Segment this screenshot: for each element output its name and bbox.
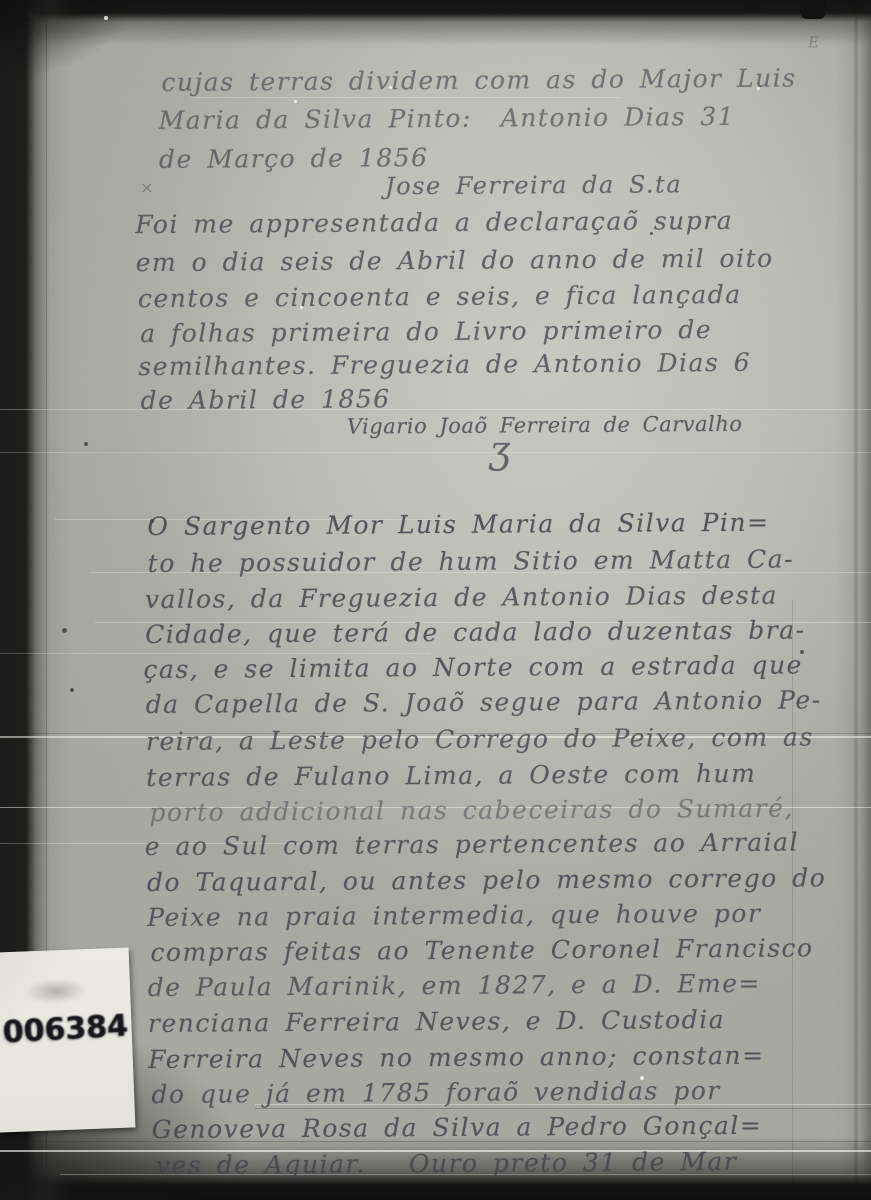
- manuscript-line: Peixe na praia intermedia, que houve por: [147, 899, 761, 932]
- manuscript-line: em o dia seis de Abril do anno de mil oi…: [136, 244, 774, 277]
- manuscript-line: e ao Sul com terras pertencentes ao Arra…: [145, 827, 799, 861]
- manuscript-line: Foi me appresentada a declaraçaõ supra: [135, 206, 733, 239]
- manuscript-line: centos e cincoenta e seis, e fica lançad…: [138, 280, 742, 313]
- margin-mark: ʒ: [489, 427, 511, 471]
- manuscript-line: vallos, da Freguezia de Antonio Dias des…: [145, 581, 778, 614]
- manuscript-line: ças, e se limita ao Norte com a estrada …: [143, 650, 803, 684]
- manuscript-line: Jose Ferreira da S.ta: [385, 170, 682, 200]
- manuscript-line: do que já em 1785 foraõ vendidas por: [151, 1076, 721, 1109]
- manuscript-line: de Março de 1856: [159, 143, 429, 174]
- manuscript-line: de Abril de 1856: [140, 384, 390, 415]
- margin-mark: ×: [140, 178, 154, 197]
- manuscript-line: da Capella de S. Joaõ segue para Antonio…: [146, 685, 822, 719]
- manuscript-line: terras de Fulano Lima, a Oeste com hum: [146, 759, 756, 792]
- manuscript-line: Genoveva Rosa da Silva a Pedro Gonçal=: [152, 1111, 763, 1144]
- manuscript-line: O Sargento Mor Luis Maria da Silva Pin=: [147, 508, 769, 541]
- archival-slip: 006384: [0, 947, 135, 1132]
- manuscript-line: cujas terras dividem com as do Major Lui…: [161, 63, 796, 96]
- manuscript-line: do Taquaral, ou antes pelo mesmo corrego…: [147, 863, 826, 897]
- manuscript-line: reira, a Leste pelo Corrego do Peixe, co…: [146, 722, 814, 756]
- stamp-number: 006384: [2, 1008, 129, 1050]
- manuscript-scan-page: cujas terras dividem com as do Major Lui…: [0, 0, 871, 1200]
- manuscript-line: to he possuidor de hum Sitio em Matta Ca…: [148, 544, 794, 578]
- manuscript-line: Vigario Joaõ Ferreira de Carvalho: [347, 412, 743, 439]
- manuscript-line: compras feitas ao Tenente Coronel Franci…: [150, 933, 813, 967]
- manuscript-line: Ferreira Neves no mesmo anno; constan=: [148, 1041, 764, 1074]
- manuscript-line: semilhantes. Freguezia de Antonio Dias 6: [138, 348, 751, 381]
- manuscript-line: Maria da Silva Pinto: Antonio Dias 31: [159, 102, 736, 135]
- manuscript-line: ves de Aguiar. Ouro preto 31 de Mar: [156, 1147, 737, 1180]
- manuscript-line: porto addicional nas cabeceiras do Sumar…: [149, 794, 794, 827]
- manuscript-line: de Paula Marinik, em 1827, e a D. Eme=: [148, 969, 761, 1002]
- manuscript-line: a folhas primeira do Livro primeiro de: [140, 315, 712, 348]
- margin-mark: E: [808, 33, 819, 51]
- stamp-smudge: [24, 977, 89, 1005]
- manuscript-line: renciana Ferreira Neves, e D. Custodia: [148, 1005, 725, 1038]
- manuscript-line: Cidade, que terá de cada lado duzentas b…: [145, 615, 806, 649]
